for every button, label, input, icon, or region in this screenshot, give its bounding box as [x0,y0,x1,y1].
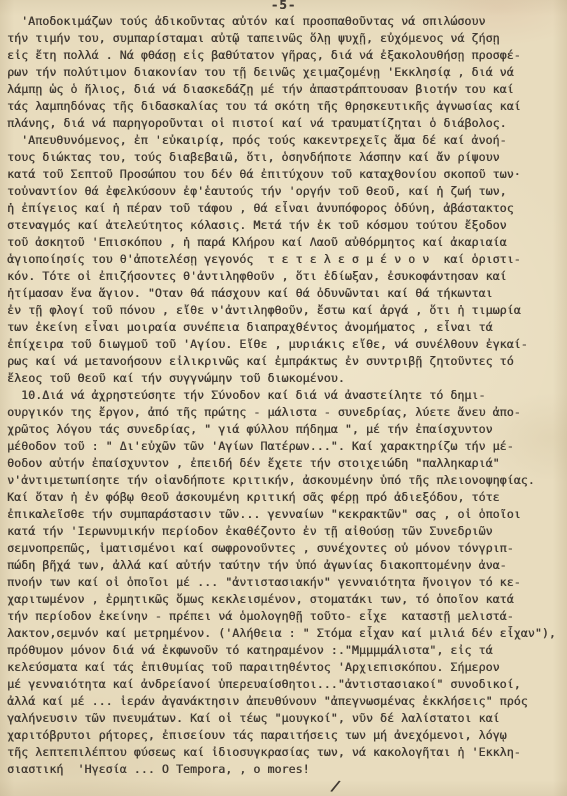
text-line: ἠτίμασαν ἕνα ἅγιον. "Οταν θά πάσχουν καί… [7,285,567,302]
text-line: 10.Διά νά ἀχρηστεύσητε τήν Σύνοδον καί δ… [7,387,567,404]
text-line: τῆς λεπτεπιλέπτου φύσεως καί ἰδιοσυγκρασ… [7,744,567,761]
text-line: 'Απευθυνόμενος, ἐπ 'εὐκαιρίᾳ, πρός τούς … [7,132,567,149]
text-line: ν'ἀντιμετωπίσητε τήν οἱανδήποτε κριτικήν… [7,472,567,489]
text-line: κατά τήν 'Ιερωνυμικήν περίοδον ἐκαθέζοντ… [7,523,567,540]
text-line: ἐπικαλεῖσθε τήν συμπαράστασιν τῶν... γεν… [7,506,567,523]
text-line: ἀλλά καί μέ ... ἱεράν ἀγανάκτησιν ἀπευθύ… [7,693,567,710]
text-line: των ἐκείνη εἶναι μοιραία συνέπεια διαπρα… [7,319,567,336]
text-line: τήν τιμήν του, συμπαρίσταμαι αὐτῷ ταπειν… [7,30,567,47]
text-line: ἁγιοποίησίς του θ'ἀποτελέσῃ γεγονός τ ε … [7,251,567,268]
text-line: πνοήν των καί οἱ ὁποῖοι μέ ... "ἀντιστασ… [7,574,567,591]
text-line: τους διώκτας του, τούς διαβεβαιῶ, ὅτι, ὁ… [7,149,567,166]
text-line: κόν. Τότε οἱ ἐπιζήσοντες θ'ἀντιληφθοῦν ,… [7,268,567,285]
text-line: λάμπῃ ὡς ὁ ἥλιος, διά νά διασκεδάζῃ μέ τ… [7,81,567,98]
text-line: κατά τοῦ Σεπτοῦ Προσώπου του δέν θά ἐπιτ… [7,166,567,183]
text-line: σιαστική 'Ηγεσία ... O Tempora, , o more… [7,761,567,778]
text-line: ουργικόν της ἔργον, ἀπό τῆς πρώτης - μάλ… [7,404,567,421]
text-line: μέθοδον τοῦ : " Δι'εὐχῶν τῶν 'Αγίων Πατέ… [7,438,567,455]
text-line: θοδον αὐτήν ἐπαίσχυντον , ἐπειδή δέν ἔχε… [7,455,567,472]
text-line: χαριτωμένον , ἑρμητικῶς ὅμως κεκλεισμένο… [7,591,567,608]
page-number: -5- [0,0,567,12]
text-line: κελεύσματα καί τάς ἐπιθυμίας τοῦ παραιτη… [7,659,567,676]
text-line: πώδη βῆχά των, ἀλλά καί αὐτήν ταύτην τήν… [7,557,567,574]
text-line: ἡ ἐπίγειος καί ἡ πέραν τοῦ τάφου , θά εἶ… [7,200,567,217]
text-line: ἐν τῇ φλογί τοῦ πόνου , εἴθε ν'ἀντιληφθο… [7,302,567,319]
text-line: ρως καί νά μετανοήσουν εἰλικρινῶς καί ἐμ… [7,353,567,370]
text-line: πρόθυμον μόνον διά νά ἐκφωνοῦν τό κατηρα… [7,642,567,659]
text-line: 'Αποδοκιμάζων τούς ἀδικοῦντας αὐτόν καί … [7,13,567,30]
text-line: τοῦ ἀσκητοῦ 'Επισκόπου , ἡ παρά Κλήρου κ… [7,234,567,251]
document-body: 'Αποδοκιμάζων τούς ἀδικοῦντας αὐτόν καί … [7,13,567,778]
text-line: στεναγμός καί ἀτελεύτητος κόλασις. Μετά … [7,217,567,234]
text-line: ρων τήν πολύτιμον διακονίαν του τῇ δεινῶ… [7,64,567,81]
text-line: χρῶτος λόγου τάς συνεδρίας, " γιά φύλλου… [7,421,567,438]
text-line: χαριτόβρυτοι ρήτορες, ἐπισείουν τάς παρα… [7,727,567,744]
text-line: τάς λαμπηδόνας τῆς διδασκαλίας του τά σκ… [7,98,567,115]
text-line: τήν περίοδον ἐκείνην - πρέπει νά ὁμολογη… [7,608,567,625]
text-line: λακτον,σεμνόν καί μετρημένον. ('Αλήθεια … [7,625,567,642]
handwritten-slash-mark: / [329,776,342,796]
text-line: τοὐναντίον θά ἐφελκύσουν ἐφ'ἑαυτούς τήν … [7,183,567,200]
scanned-typewritten-page: -5- 'Αποδοκιμάζων τούς ἀδικοῦντας αὐτόν … [0,0,567,796]
text-line: Καί ὅταν ἡ ἐν φόβῳ Θεοῦ ἀσκουμένη κριτικ… [7,489,567,506]
text-line: μέ γενναιότητα καί ἀνδρείανοί ὑπερευαίσθ… [7,676,567,693]
text-line: ἔλεος τοῦ Θεοῦ καί τήν συγγνώμην τοῦ διω… [7,370,567,387]
text-line: γαλήνευσιν τῶν πνευμάτων. Καί οἱ τέως "μ… [7,710,567,727]
text-line: πλάνης, διά νά παρηγοροῦνται οἱ πιστοί κ… [7,115,567,132]
text-line: εἰς ἔτη πολλά . Νά φθάσῃ εἰς βαθύτατον γ… [7,47,567,64]
text-line: σεμνοπρεπῶς, ἱματισμένοι καί σωφρονοῦντε… [7,540,567,557]
text-line: ἐπίχειρα τοῦ διωγμοῦ τοῦ 'Αγίου. Εἴθε , … [7,336,567,353]
